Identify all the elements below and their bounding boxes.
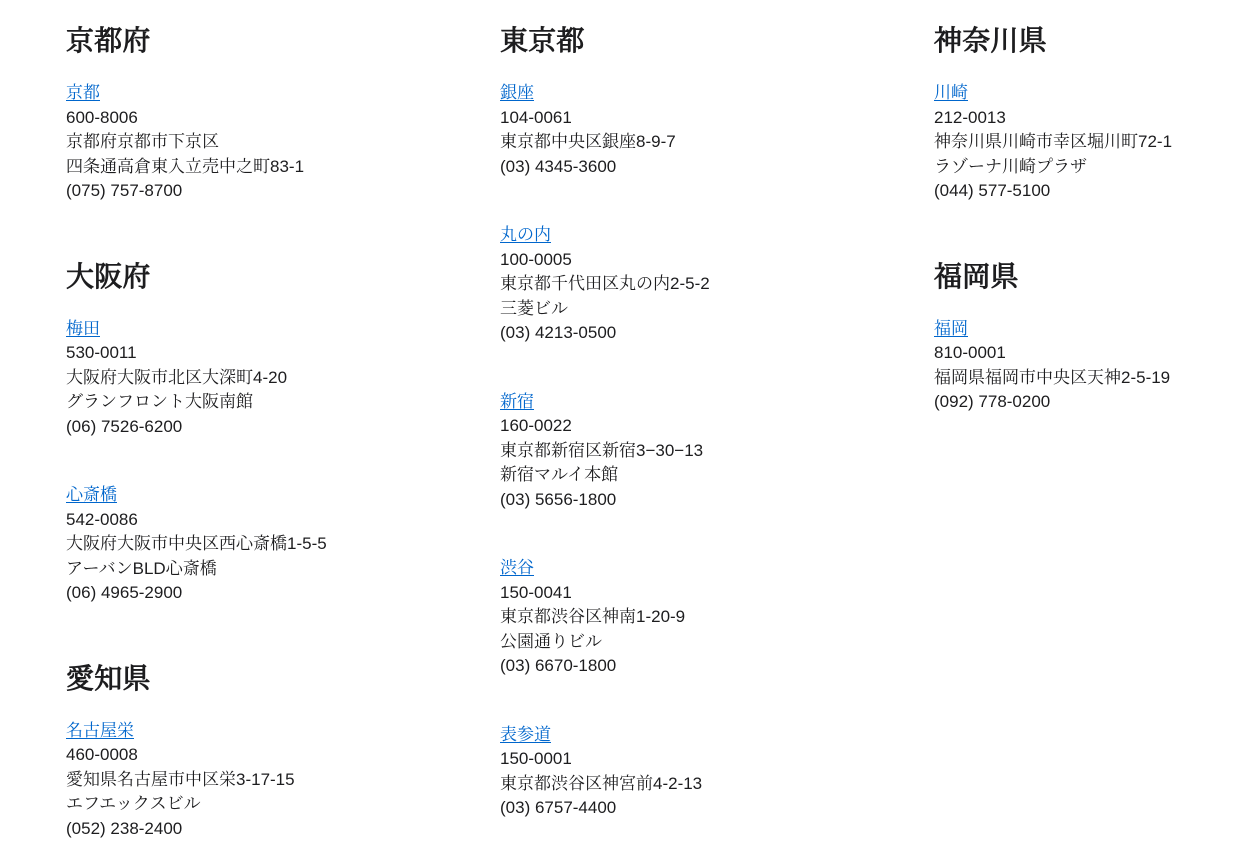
address-line: 東京都新宿区新宿3−30−13 xyxy=(500,439,868,464)
region-section-fukuoka: 福岡県 福岡 810-0001 福岡県福岡市中央区天神2-5-19 (092) … xyxy=(934,260,1255,415)
phone-number: (06) 4965-2900 xyxy=(66,581,434,606)
store-link-omotesando[interactable]: 表参道 xyxy=(500,725,551,744)
store-link-kyoto[interactable]: 京都 xyxy=(66,83,100,102)
postal-code: 600-8006 xyxy=(66,106,434,131)
store-shibuya: 渋谷 150-0041 東京都渋谷区神南1-20-9 公園通りビル (03) 6… xyxy=(500,556,868,679)
phone-number: (044) 577-5100 xyxy=(934,179,1255,204)
address-line: グランフロント大阪南館 xyxy=(66,390,434,415)
postal-code: 810-0001 xyxy=(934,341,1255,366)
region-heading: 神奈川県 xyxy=(934,24,1255,57)
address-line: アーバンBLD心斎橋 xyxy=(66,557,434,582)
store-link-marunouchi[interactable]: 丸の内 xyxy=(500,225,551,244)
postal-code: 212-0013 xyxy=(934,106,1255,131)
store-link-kawasaki[interactable]: 川崎 xyxy=(934,83,968,102)
phone-number: (06) 7526-6200 xyxy=(66,415,434,440)
address-line: 三菱ビル xyxy=(500,297,868,322)
phone-number: (03) 6670-1800 xyxy=(500,654,868,679)
store-link-shinjuku[interactable]: 新宿 xyxy=(500,392,534,411)
column-1: 京都府 京都 600-8006 京都府京都市下京区 四条通高倉東入立売中之町83… xyxy=(66,24,434,841)
address-line: 四条通高倉東入立売中之町83-1 xyxy=(66,155,434,180)
address-line: 東京都中央区銀座8-9-7 xyxy=(500,130,868,155)
region-section-aichi: 愛知県 名古屋栄 460-0008 愛知県名古屋市中区栄3-17-15 エフエッ… xyxy=(66,662,434,842)
postal-code: 104-0061 xyxy=(500,106,868,131)
postal-code: 150-0041 xyxy=(500,581,868,606)
phone-number: (092) 778-0200 xyxy=(934,390,1255,415)
address-line: 愛知県名古屋市中区栄3-17-15 xyxy=(66,768,434,793)
region-heading: 愛知県 xyxy=(66,662,434,695)
address-line: 福岡県福岡市中央区天神2-5-19 xyxy=(934,366,1255,391)
postal-code: 542-0086 xyxy=(66,508,434,533)
store-nagoya-sakae: 名古屋栄 460-0008 愛知県名古屋市中区栄3-17-15 エフエックスビル… xyxy=(66,719,434,842)
phone-number: (052) 238-2400 xyxy=(66,817,434,842)
address-line: 京都府京都市下京区 xyxy=(66,130,434,155)
postal-code: 530-0011 xyxy=(66,341,434,366)
store-marunouchi: 丸の内 100-0005 東京都千代田区丸の内2-5-2 三菱ビル (03) 4… xyxy=(500,223,868,346)
address-line: 大阪府大阪市中央区西心斎橋1-5-5 xyxy=(66,532,434,557)
phone-number: (03) 6757-4400 xyxy=(500,796,868,821)
address-line: ラゾーナ川崎プラザ xyxy=(934,155,1255,180)
postal-code: 100-0005 xyxy=(500,248,868,273)
region-heading: 東京都 xyxy=(500,24,868,57)
column-2: 東京都 銀座 104-0061 東京都中央区銀座8-9-7 (03) 4345-… xyxy=(500,24,868,821)
store-locator: 京都府 京都 600-8006 京都府京都市下京区 四条通高倉東入立売中之町83… xyxy=(0,0,1255,850)
store-link-nagoya-sakae[interactable]: 名古屋栄 xyxy=(66,721,134,740)
store-link-umeda[interactable]: 梅田 xyxy=(66,319,100,338)
store-umeda: 梅田 530-0011 大阪府大阪市北区大深町4-20 グランフロント大阪南館 … xyxy=(66,317,434,440)
store-link-shibuya[interactable]: 渋谷 xyxy=(500,558,534,577)
store-link-fukuoka[interactable]: 福岡 xyxy=(934,319,968,338)
address-line: 神奈川県川崎市幸区堀川町72-1 xyxy=(934,130,1255,155)
store-shinjuku: 新宿 160-0022 東京都新宿区新宿3−30−13 新宿マルイ本館 (03)… xyxy=(500,390,868,513)
region-section-kanagawa: 神奈川県 川崎 212-0013 神奈川県川崎市幸区堀川町72-1 ラゾーナ川崎… xyxy=(934,24,1255,204)
region-section-osaka: 大阪府 梅田 530-0011 大阪府大阪市北区大深町4-20 グランフロント大… xyxy=(66,260,434,606)
region-section-kyoto: 京都府 京都 600-8006 京都府京都市下京区 四条通高倉東入立売中之町83… xyxy=(66,24,434,204)
region-heading: 京都府 xyxy=(66,24,434,57)
store-ginza: 銀座 104-0061 東京都中央区銀座8-9-7 (03) 4345-3600 xyxy=(500,81,868,179)
region-section-tokyo: 東京都 銀座 104-0061 東京都中央区銀座8-9-7 (03) 4345-… xyxy=(500,24,868,821)
store-kyoto: 京都 600-8006 京都府京都市下京区 四条通高倉東入立売中之町83-1 (… xyxy=(66,81,434,204)
column-3: 神奈川県 川崎 212-0013 神奈川県川崎市幸区堀川町72-1 ラゾーナ川崎… xyxy=(934,24,1255,415)
phone-number: (03) 5656-1800 xyxy=(500,488,868,513)
address-line: 大阪府大阪市北区大深町4-20 xyxy=(66,366,434,391)
store-link-shinsaibashi[interactable]: 心斎橋 xyxy=(66,485,117,504)
postal-code: 160-0022 xyxy=(500,414,868,439)
address-line: 公園通りビル xyxy=(500,630,868,655)
address-line: 東京都渋谷区神南1-20-9 xyxy=(500,605,868,630)
phone-number: (03) 4213-0500 xyxy=(500,321,868,346)
address-line: エフエックスビル xyxy=(66,792,434,817)
store-fukuoka: 福岡 810-0001 福岡県福岡市中央区天神2-5-19 (092) 778-… xyxy=(934,317,1255,415)
postal-code: 150-0001 xyxy=(500,747,868,772)
store-link-ginza[interactable]: 銀座 xyxy=(500,83,534,102)
address-line: 東京都渋谷区神宮前4-2-13 xyxy=(500,772,868,797)
store-omotesando: 表参道 150-0001 東京都渋谷区神宮前4-2-13 (03) 6757-4… xyxy=(500,723,868,821)
region-heading: 福岡県 xyxy=(934,260,1255,293)
phone-number: (03) 4345-3600 xyxy=(500,155,868,180)
store-kawasaki: 川崎 212-0013 神奈川県川崎市幸区堀川町72-1 ラゾーナ川崎プラザ (… xyxy=(934,81,1255,204)
phone-number: (075) 757-8700 xyxy=(66,179,434,204)
store-shinsaibashi: 心斎橋 542-0086 大阪府大阪市中央区西心斎橋1-5-5 アーバンBLD心… xyxy=(66,483,434,606)
region-heading: 大阪府 xyxy=(66,260,434,293)
address-line: 新宿マルイ本館 xyxy=(500,463,868,488)
address-line: 東京都千代田区丸の内2-5-2 xyxy=(500,272,868,297)
postal-code: 460-0008 xyxy=(66,743,434,768)
